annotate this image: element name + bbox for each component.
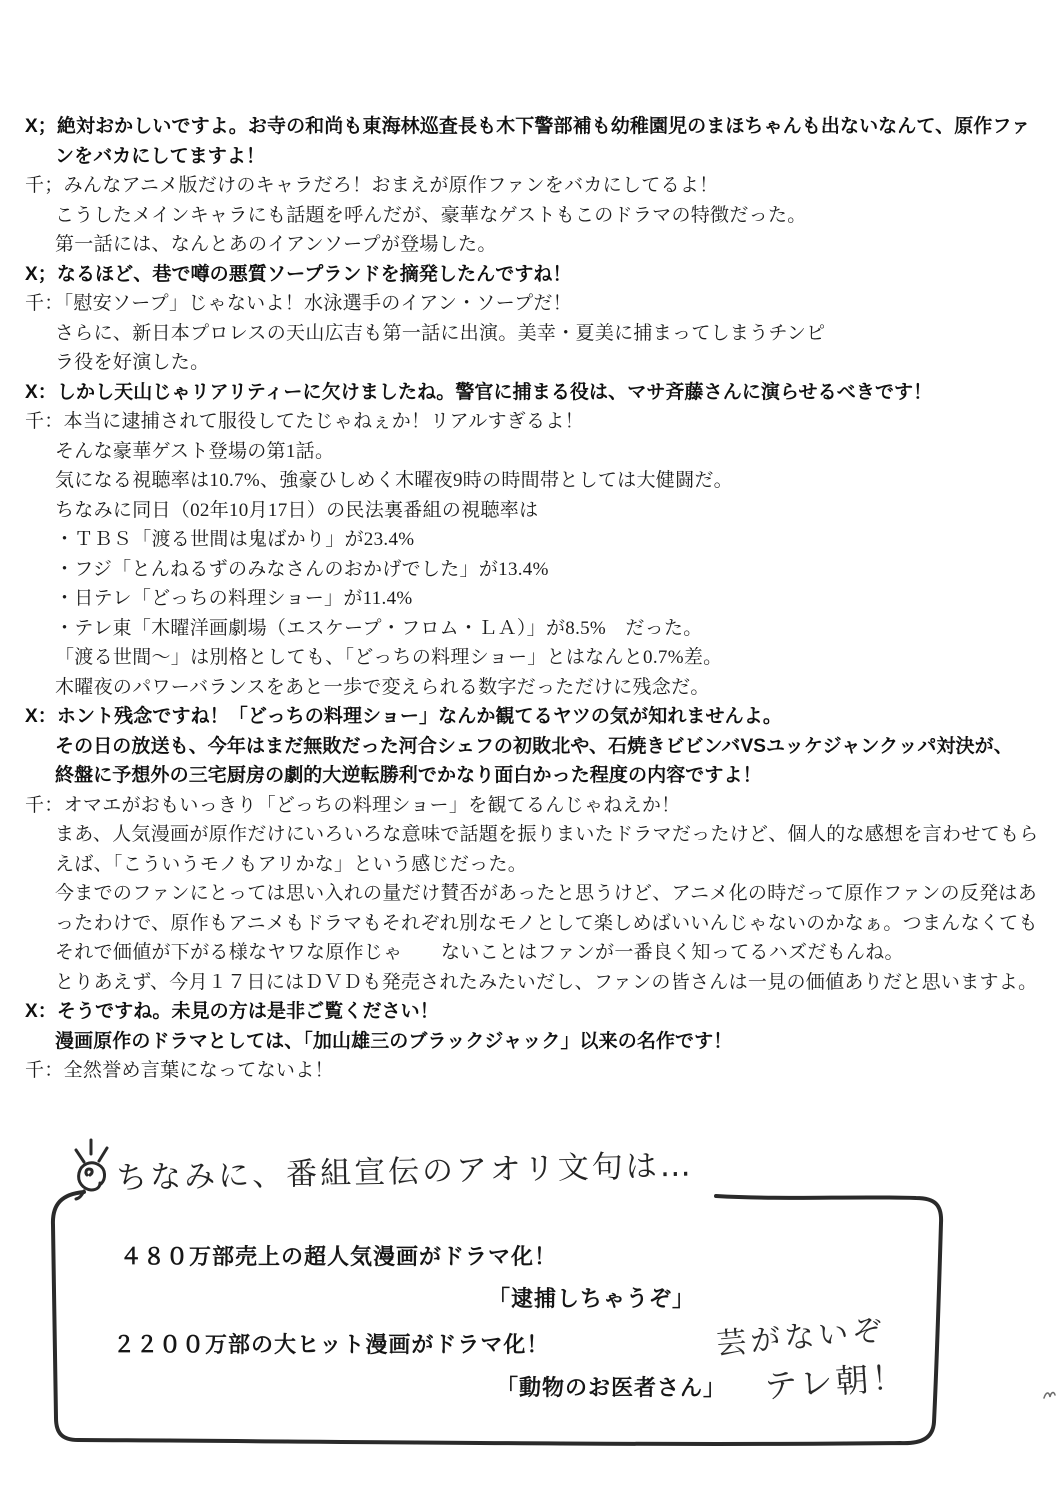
dialogue-line: 「渡る世間〜」は別格としても、「どっちの料理ショー」とはなんと0.7%差。 (25, 643, 1051, 673)
dialogue-line: こうしたメインキャラにも話題を呼んだが、豪華なゲストもこのドラマの特徴だった。 (25, 201, 1051, 231)
dialogue-line: 千；みんなアニメ版だけのキャラだろ！おまえが原作ファンをバカにしてるよ！ (25, 171, 1051, 201)
dialogue-line: えば、「こういうモノもアリかな」という感じだった。 (25, 850, 1051, 880)
dialogue-line: X；絶対おかしいですよ。お寺の和尚も東海林巡査長も木下警部補も幼稚園児のまほちゃ… (25, 112, 1051, 142)
dialogue-line: 千：「慰安ソープ」じゃないよ！水泳選手のイアン・ソープだ！ (25, 289, 1051, 319)
dialogue-line: まあ、人気漫画が原作だけにいろいろな意味で話題を振りまいたドラマだったけど、個人… (25, 820, 1051, 850)
dialogue-line: X；なるほど、巷で噂の悪質ソープランドを摘発したんですね！ (25, 260, 1051, 290)
dialogue-line: X：そうですね。未見の方は是非ご覧ください！ (25, 997, 1051, 1027)
scanned-page: X；絶対おかしいですよ。お寺の和尚も東海林巡査長も木下警部補も幼稚園児のまほちゃ… (0, 0, 1057, 1500)
promo-work-title-1: 「逮捕しちゃうぞ」 (488, 1282, 695, 1313)
dialogue-line: 終盤に予想外の三宅厨房の劇的大逆転勝利でかなり面白かった程度の内容ですよ！ (25, 761, 1051, 791)
dialogue-line: X：しかし天山じゃリアリティーに欠けましたね。警官に捕まる役は、マサ斉藤さんに演… (25, 378, 1051, 408)
handwritten-comment-line-2: テレ朝！ (763, 1351, 909, 1408)
page-edge-mark (1044, 1393, 1055, 1398)
dialogue-line: ・テレ東「木曜洋画劇場（エスケープ・フロム・ＬＡ）」が8.5% だった。 (25, 614, 1051, 644)
promo-headline-2: ２２００万部の大ヒット漫画がドラマ化！ (113, 1328, 549, 1359)
promo-work-title-2: 「動物のお医者さん」 (496, 1371, 726, 1402)
dialogue-line: 木曜夜のパワーバランスをあと一歩で変えられる数字だっただけに残念だ。 (25, 673, 1051, 703)
promo-headline-1: ４８０万部売上の超人気漫画がドラマ化！ (120, 1240, 557, 1271)
idea-doodle-icon (76, 1140, 107, 1199)
dialogue-line: ・ＴＢＳ「渡る世間は鬼ばかり」が23.4% (25, 525, 1051, 555)
dialogue-line: 千：オマエがおもいっきり「どっちの料理ショー」を観てるんじゃねえか！ (25, 791, 1051, 821)
dialogue-line: その日の放送も、今年はまだ無敗だった河合シェフの初敗北や、石焼きビビンバVSユッ… (25, 732, 1051, 762)
dialogue-text-block: X；絶対おかしいですよ。お寺の和尚も東海林巡査長も木下警部補も幼稚園児のまほちゃ… (25, 112, 1051, 1086)
dialogue-line: 漫画原作のドラマとしては、「加山雄三のブラックジャック」以来の名作です！ (25, 1027, 1051, 1057)
dialogue-line: ちなみに同日（02年10月17日）の民法裏番組の視聴率は (25, 496, 1051, 526)
dialogue-line: それで価値が下がる様なヤワな原作じゃ ないことはファンが一番良く知ってるハズだも… (25, 938, 1051, 968)
dialogue-line: ・フジ「とんねるずのみなさんのおかげでした」が13.4% (25, 555, 1051, 585)
dialogue-line: ったわけで、原作もアニメもドラマもそれぞれ別なモノとして楽しめばいいんじゃないの… (25, 909, 1051, 939)
dialogue-line: さらに、新日本プロレスの天山広吉も第一話に出演。美幸・夏美に捕まってしまうチンピ (25, 319, 1051, 349)
dialogue-line: そんな豪華ゲスト登場の第1話。 (25, 437, 1051, 467)
dialogue-line: 今までのファンにとっては思い入れの量だけ賛否があったと思うけど、アニメ化の時だっ… (25, 879, 1051, 909)
dialogue-line: ンをバカにしてますよ！ (25, 142, 1051, 172)
dialogue-line: 千：本当に逮捕されて服役してたじゃねぇか！リアルすぎるよ！ (25, 407, 1051, 437)
dialogue-line: とりあえず、今月１７日にはＤＶＤも発売されたみたいだし、ファンの皆さんは一見の価… (25, 968, 1051, 998)
dialogue-line: 第一話には、なんとあのイアンソープが登場した。 (25, 230, 1051, 260)
dialogue-line: ・日テレ「どっちの料理ショー」が11.4% (25, 584, 1051, 614)
dialogue-line: 千：全然誉め言葉になってないよ！ (25, 1056, 1051, 1086)
dialogue-line: ラ役を好演した。 (25, 348, 1051, 378)
dialogue-line: 気になる視聴率は10.7%、強豪ひしめく木曜夜9時の時間帯としては大健闘だ。 (25, 466, 1051, 496)
dialogue-line: X：ホント残念ですね！「どっちの料理ショー」なんか観てるヤツの気が知れませんよ。 (25, 702, 1051, 732)
